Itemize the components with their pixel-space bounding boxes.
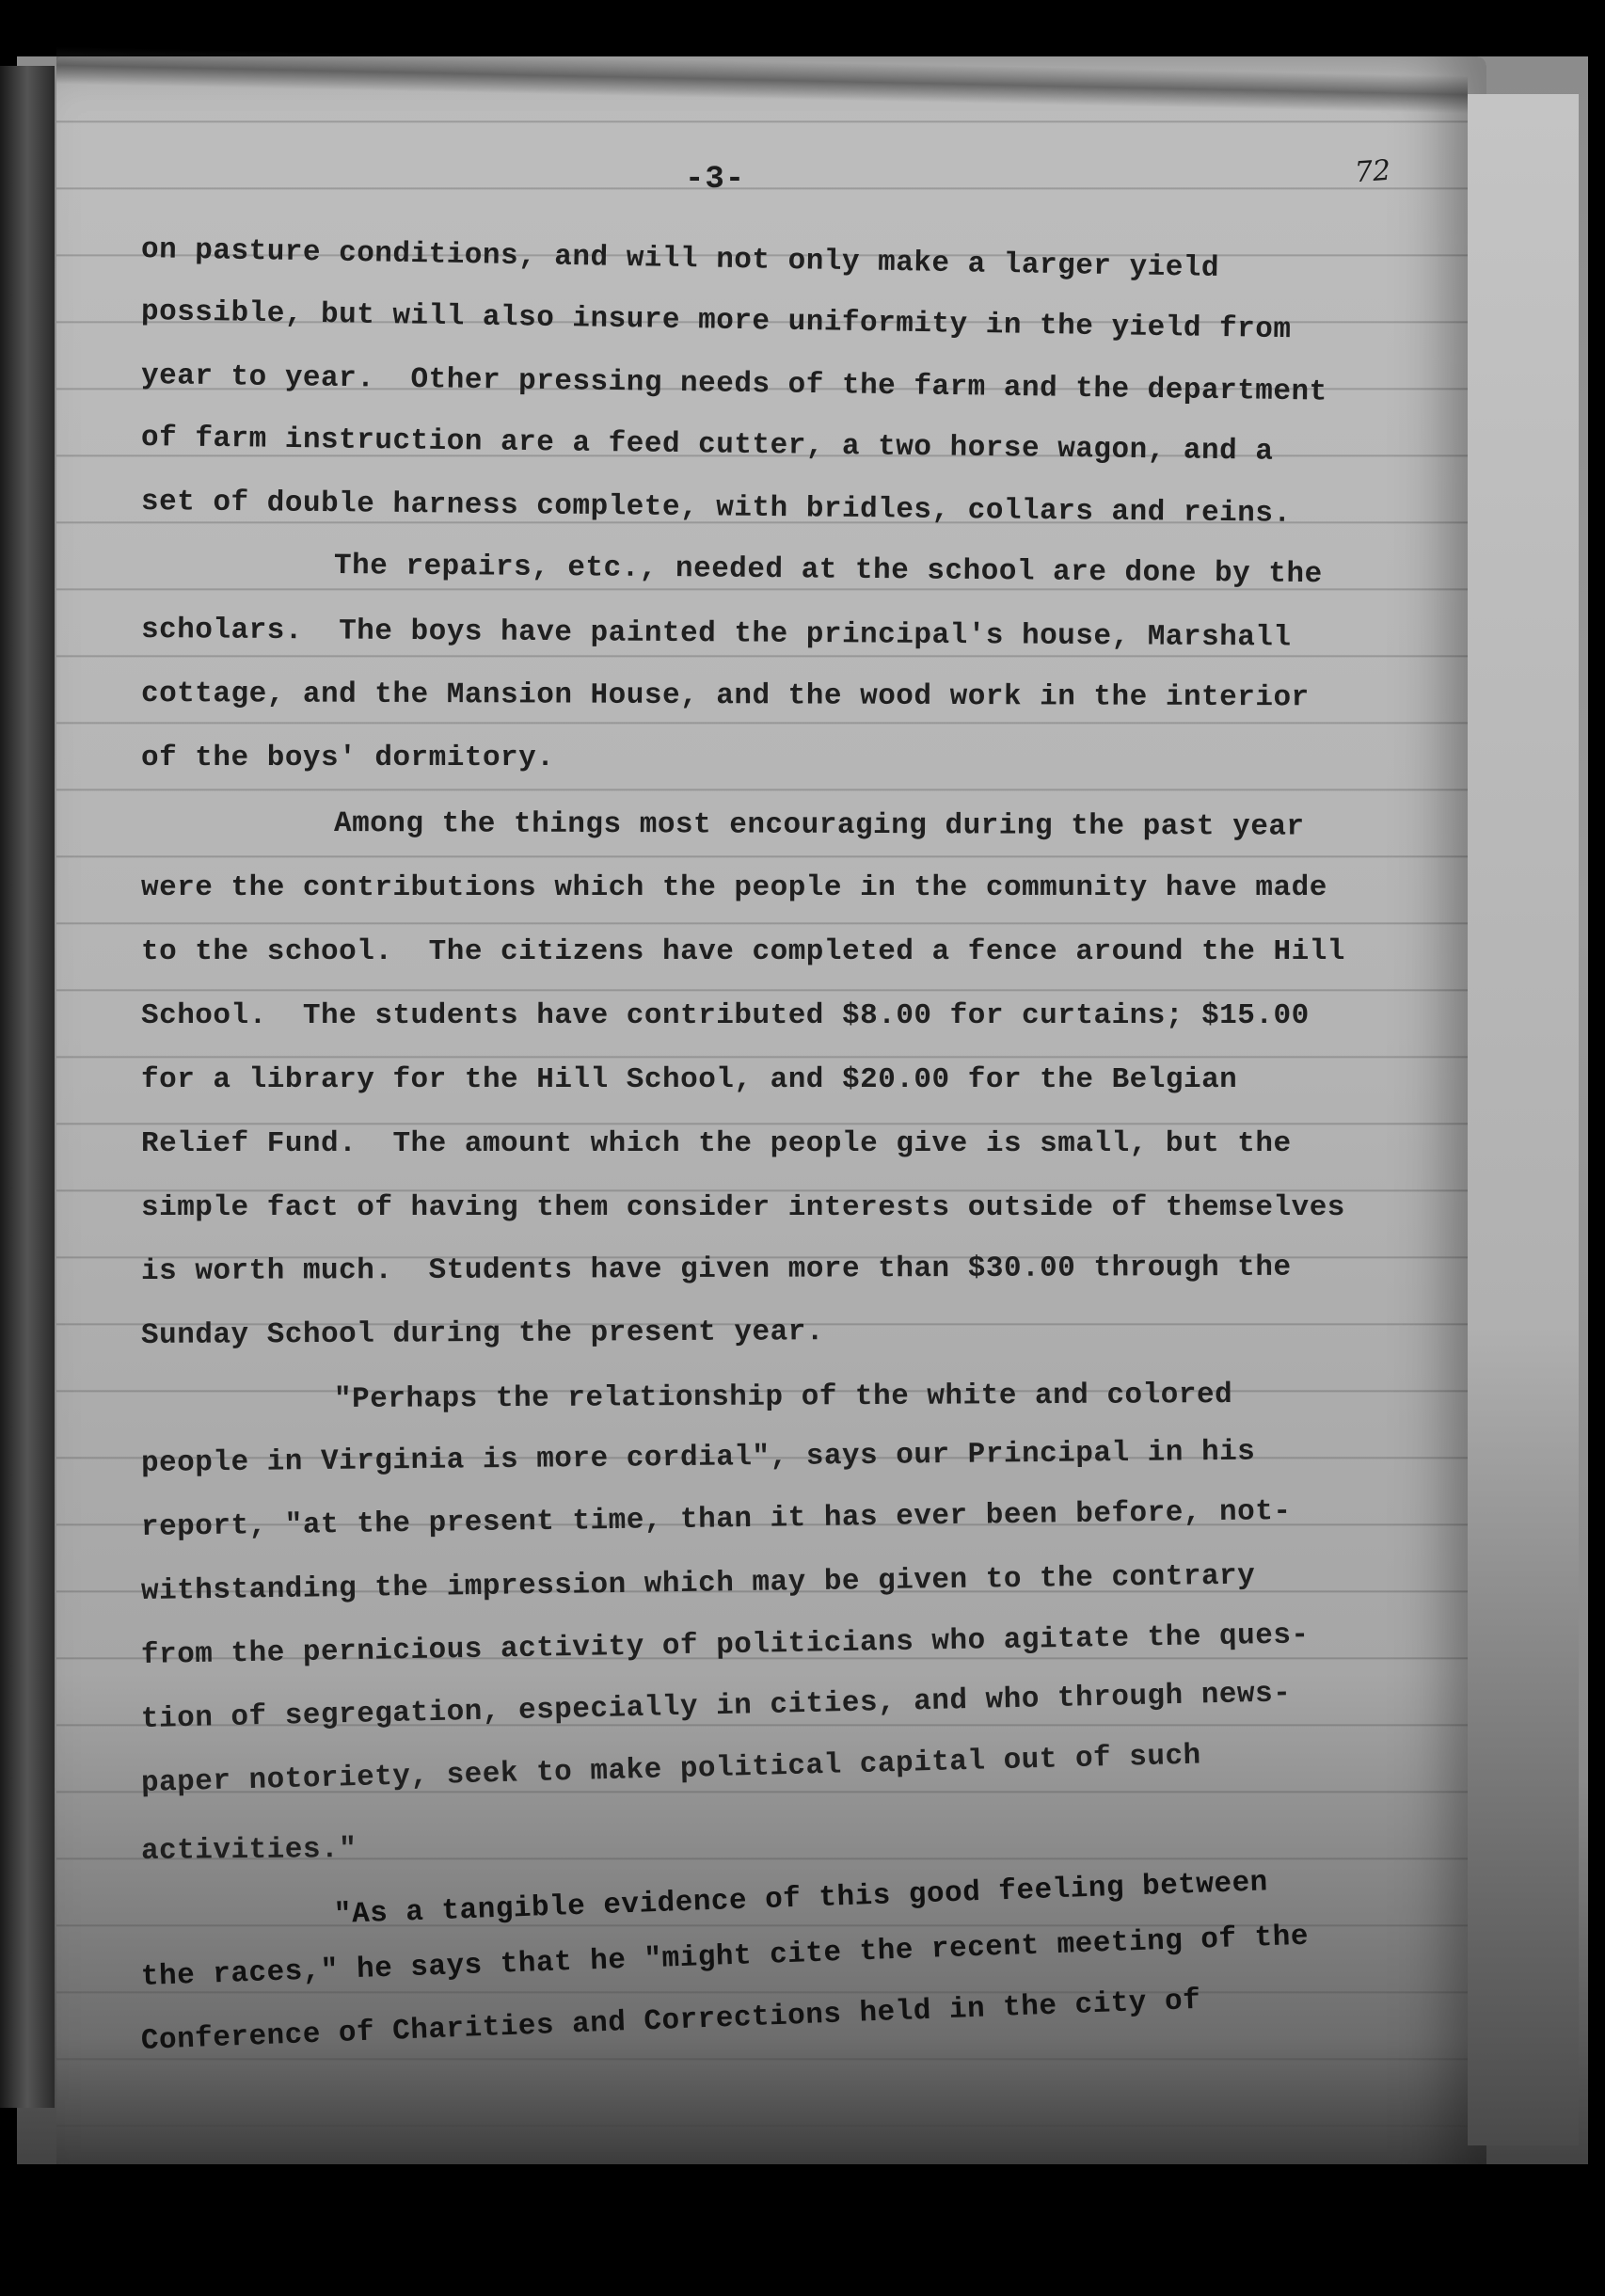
text-line: The repairs, etc., needed at the school … [334, 551, 1323, 589]
text-line: School. The students have contributed $8… [141, 1001, 1310, 1030]
text-line: Sunday School during the present year. [141, 1317, 824, 1350]
text-line: "Perhaps the relationship of the white a… [334, 1380, 1232, 1414]
text-line: simple fact of having them consider inte… [141, 1193, 1345, 1222]
text-line: of the boys' dormitory. [141, 743, 554, 773]
text-line: Among the things most encouraging during… [334, 809, 1305, 842]
text-line: is worth much. Students have given more … [141, 1253, 1292, 1286]
text-line: were the contributions which the people … [141, 873, 1327, 902]
page-number: -3- [685, 162, 745, 198]
text-line: Relief Fund. The amount which the people… [141, 1129, 1292, 1158]
text-line: activities." [141, 1835, 358, 1866]
page-right-margin [1468, 94, 1579, 2145]
bottom-shadow [0, 2164, 1605, 2296]
text-line: cottage, and the Mansion House, and the … [141, 679, 1310, 712]
text-line: to the school. The citizens have complet… [141, 937, 1345, 966]
folio-number: 72 [1354, 154, 1392, 190]
binding-edge [0, 66, 55, 2108]
text-line: scholars. The boys have painted the prin… [141, 615, 1292, 653]
text-line: for a library for the Hill School, and $… [141, 1065, 1237, 1094]
